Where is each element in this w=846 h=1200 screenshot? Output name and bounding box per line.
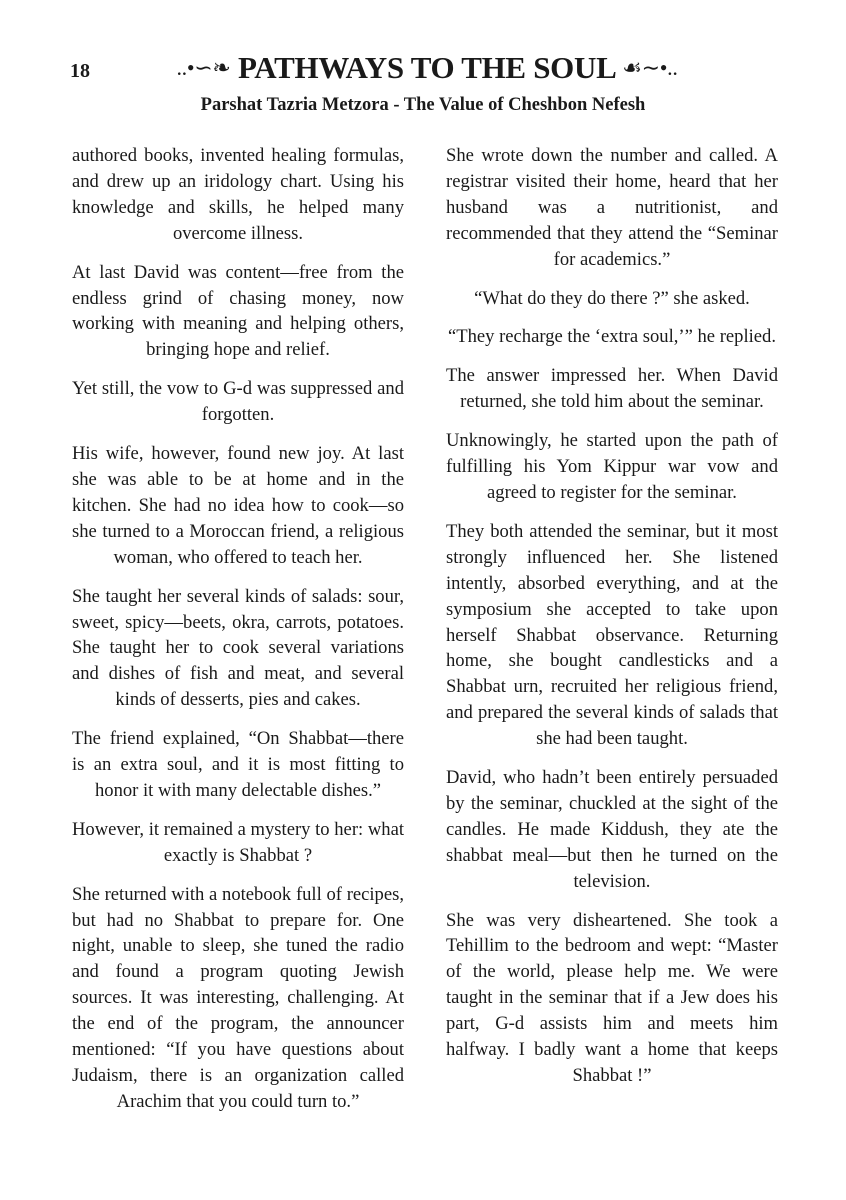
paragraph: Unknowingly, he started upon the path of…: [446, 428, 778, 506]
left-column: authored books, invented healing formula…: [72, 143, 404, 1128]
right-column: She wrote down the number and called. A …: [446, 143, 778, 1102]
paragraph: “They recharge the ‘extra soul,’” he rep…: [446, 324, 778, 350]
paragraph: They both attended the seminar, but it m…: [446, 519, 778, 752]
paragraph: At last David was content—free from the …: [72, 260, 404, 364]
page-number: 18: [70, 60, 90, 83]
paragraph: She taught her several kinds of salads: …: [72, 584, 404, 714]
paragraph: authored books, invented healing formula…: [72, 143, 404, 247]
paragraph: She wrote down the number and called. A …: [446, 143, 778, 273]
paragraph: The answer impressed her. When David ret…: [446, 363, 778, 415]
left-ornament-icon: ..•∽❧: [176, 55, 230, 80]
paragraph: His wife, however, found new joy. At las…: [72, 441, 404, 571]
running-title: ..•∽❧ PATHWAYS TO THE SOUL ☙∼•..: [132, 50, 722, 86]
paragraph: David, who hadn’t been entirely persuade…: [446, 765, 778, 895]
paragraph: Yet still, the vow to G-d was suppressed…: [72, 376, 404, 428]
book-title: PATHWAYS TO THE SOUL: [238, 50, 615, 85]
chapter-subtitle: Parshat Tazria Metzora - The Value of Ch…: [0, 95, 846, 116]
paragraph: She returned with a notebook full of rec…: [72, 882, 404, 1115]
paragraph: However, it remained a mystery to her: w…: [72, 817, 404, 869]
right-ornament-icon: ☙∼•..: [622, 55, 677, 80]
paragraph: She was very disheartened. She took a Te…: [446, 908, 778, 1089]
paragraph: “What do they do there ?” she asked.: [446, 286, 778, 312]
paragraph: The friend explained, “On Shabbat—there …: [72, 726, 404, 804]
